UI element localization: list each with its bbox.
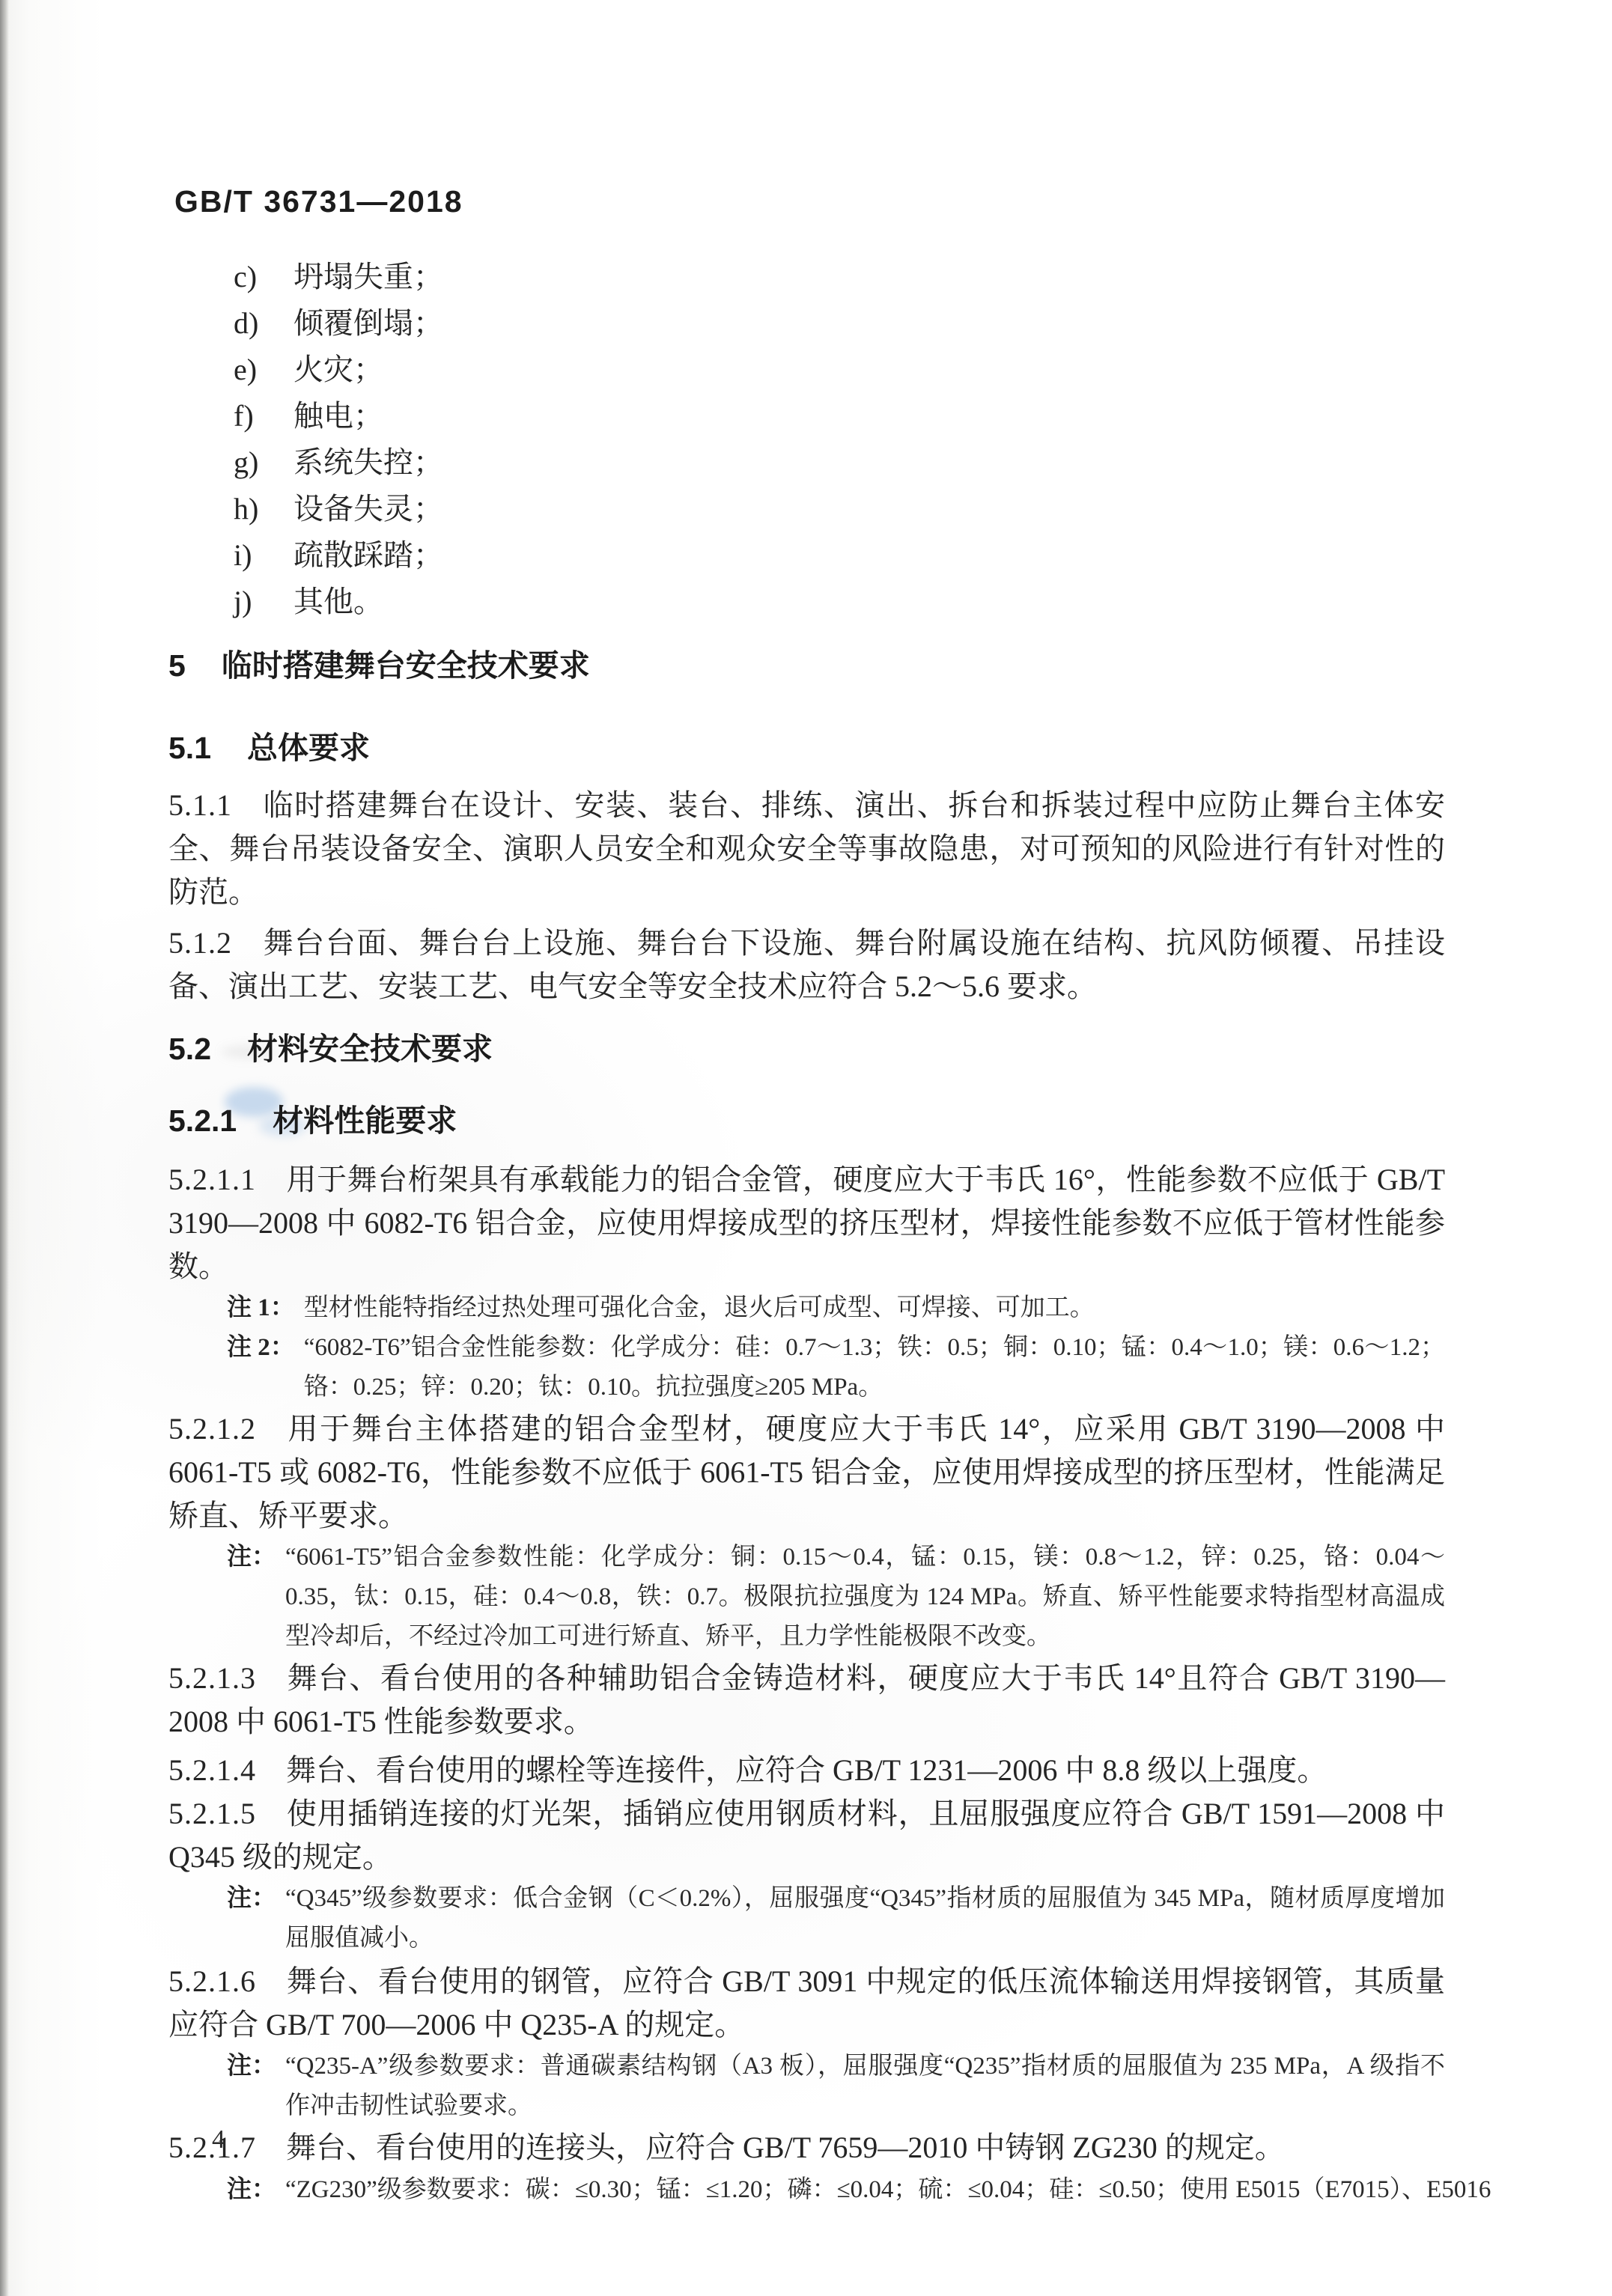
list-item-label: f) bbox=[234, 393, 293, 439]
note-text: “ZG230”级参数要求：碳：≤0.30；锰：≤1.20；磷：≤0.04；硫：≤… bbox=[285, 2170, 1491, 2210]
clause-text: 舞台、看台使用的各种辅助铝合金铸造材料，硬度应大于韦氏 14°且符合 GB/T … bbox=[168, 1661, 1445, 1738]
clause-number: 5.1.1 bbox=[168, 788, 232, 822]
paragraph-5-2-1-6: 5.2.1.6舞台、看台使用的钢管，应符合 GB/T 3091 中规定的低压流体… bbox=[168, 1960, 1445, 2047]
section-number: 5 bbox=[168, 648, 186, 683]
hazard-list: c)坍塌失重； d)倾覆倒塌； e)火灾； f)触电； g)系统失控； h)设备… bbox=[168, 254, 1445, 625]
list-item-label: e) bbox=[234, 347, 293, 393]
list-item-text: 系统失控； bbox=[293, 445, 443, 479]
clause-number: 5.2.1.1 bbox=[168, 1163, 256, 1196]
note-q345: 注：“Q345”级参数要求：低合金钢（C＜0.2%），屈服强度“Q345”指材质… bbox=[227, 1879, 1445, 1958]
note-1: 注 1：型材性能特指经过热处理可强化合金，退火后可成型、可焊接、可加工。 bbox=[227, 1288, 1445, 1328]
section-title: 材料性能要求 bbox=[273, 1103, 457, 1138]
list-item-label: h) bbox=[234, 486, 293, 532]
section-heading-5-1: 5.1总体要求 bbox=[168, 725, 1445, 770]
section-number: 5.2 bbox=[168, 1032, 211, 1066]
paragraph-5-2-1-4: 5.2.1.4舞台、看台使用的螺栓等连接件，应符合 GB/T 1231—2006… bbox=[168, 1749, 1445, 1792]
clause-text: 舞台、看台使用的钢管，应符合 GB/T 3091 中规定的低压流体输送用焊接钢管… bbox=[168, 1964, 1445, 2041]
list-item-label: c) bbox=[234, 254, 293, 300]
list-item-text: 疏散踩踏； bbox=[293, 538, 443, 572]
section-number: 5.1 bbox=[168, 731, 211, 765]
clause-text: 临时搭建舞台在设计、安装、装台、排练、演出、拆台和拆装过程中应防止舞台主体安全、… bbox=[168, 788, 1445, 909]
clause-number: 5.2.1.5 bbox=[168, 1797, 256, 1830]
section-title: 临时搭建舞台安全技术要求 bbox=[222, 648, 590, 683]
clause-text: 舞台、看台使用的螺栓等连接件，应符合 GB/T 1231—2006 中 8.8 … bbox=[286, 1753, 1327, 1787]
clause-text: 用于舞台桁架具有承载能力的铝合金管，硬度应大于韦氏 16°，性能参数不应低于 G… bbox=[168, 1163, 1445, 1283]
list-item: c)坍塌失重； bbox=[234, 254, 1445, 300]
section-title: 总体要求 bbox=[247, 731, 370, 765]
list-item: g)系统失控； bbox=[234, 439, 1445, 486]
note-label: 注： bbox=[227, 2047, 276, 2126]
note-label: 注： bbox=[227, 1879, 276, 1958]
note-2: 注 2：“6082-T6”铝合金性能参数：化学成分：硅：0.7～1.3；铁：0.… bbox=[227, 1328, 1445, 1407]
clause-text: 舞台、看台使用的连接头，应符合 GB/T 7659—2010 中铸钢 ZG230… bbox=[286, 2131, 1285, 2164]
note-text: “6061-T5”铝合金参数性能：化学成分：铜：0.15～0.4，锰：0.15，… bbox=[285, 1538, 1445, 1657]
paragraph-5-2-1-3: 5.2.1.3舞台、看台使用的各种辅助铝合金铸造材料，硬度应大于韦氏 14°且符… bbox=[168, 1657, 1445, 1744]
note-text: “Q235-A”级参数要求：普通碳素结构钢（A3 板），屈服强度“Q235”指材… bbox=[285, 2047, 1445, 2126]
list-item-text: 触电； bbox=[293, 399, 383, 433]
paragraph-5-2-1-5: 5.2.1.5使用插销连接的灯光架，插销应使用钢质材料，且屈服强度应符合 GB/… bbox=[168, 1792, 1445, 1879]
list-item-text: 倾覆倒塌； bbox=[293, 306, 443, 340]
list-item-label: g) bbox=[234, 439, 293, 486]
clause-text: 使用插销连接的灯光架，插销应使用钢质材料，且屈服强度应符合 GB/T 1591—… bbox=[168, 1797, 1445, 1874]
note-text: “Q345”级参数要求：低合金钢（C＜0.2%），屈服强度“Q345”指材质的屈… bbox=[285, 1879, 1445, 1958]
list-item: d)倾覆倒塌； bbox=[234, 300, 1445, 347]
clause-text: 舞台台面、舞台台上设施、舞台台下设施、舞台附属设施在结构、抗风防倾覆、吊挂设备、… bbox=[168, 926, 1445, 1003]
paragraph-5-2-1-1: 5.2.1.1用于舞台桁架具有承载能力的铝合金管，硬度应大于韦氏 16°，性能参… bbox=[168, 1158, 1445, 1288]
page-number: 4 bbox=[212, 2125, 225, 2155]
note-label: 注 1： bbox=[227, 1288, 295, 1328]
list-item: h)设备失灵； bbox=[234, 486, 1445, 532]
note-label: 注： bbox=[227, 2170, 276, 2210]
note-zg230: 注：“ZG230”级参数要求：碳：≤0.30；锰：≤1.20；磷：≤0.04；硫… bbox=[227, 2170, 1445, 2210]
paragraph-5-2-1-2: 5.2.1.2用于舞台主体搭建的铝合金型材，硬度应大于韦氏 14°，应采用 GB… bbox=[168, 1407, 1445, 1538]
document-page: GB/T 36731—2018 c)坍塌失重； d)倾覆倒塌； e)火灾； f)… bbox=[0, 0, 1612, 2296]
paragraph-5-1-2: 5.1.2舞台台面、舞台台上设施、舞台台下设施、舞台附属设施在结构、抗风防倾覆、… bbox=[168, 922, 1445, 1008]
list-item: i)疏散踩踏； bbox=[234, 532, 1445, 579]
section-heading-5: 5临时搭建舞台安全技术要求 bbox=[168, 643, 1445, 688]
list-item-label: j) bbox=[234, 579, 293, 625]
standard-number-header: GB/T 36731—2018 bbox=[174, 184, 1445, 219]
section-title: 材料安全技术要求 bbox=[247, 1032, 493, 1066]
list-item: f)触电； bbox=[234, 393, 1445, 439]
section-number: 5.2.1 bbox=[168, 1103, 237, 1138]
list-item-text: 火灾； bbox=[293, 353, 383, 386]
note-text: “6082-T6”铝合金性能参数：化学成分：硅：0.7～1.3；铁：0.5；铜：… bbox=[304, 1328, 1445, 1407]
list-item-label: d) bbox=[234, 300, 293, 347]
clause-text: 用于舞台主体搭建的铝合金型材，硬度应大于韦氏 14°，应采用 GB/T 3190… bbox=[168, 1412, 1445, 1532]
note-label: 注： bbox=[227, 1538, 276, 1657]
clause-number: 5.2.1.4 bbox=[168, 1753, 256, 1787]
note-label: 注 2： bbox=[227, 1328, 295, 1407]
clause-number: 5.2.1.6 bbox=[168, 1964, 256, 1998]
section-heading-5-2-1: 5.2.1材料性能要求 bbox=[168, 1098, 1445, 1143]
list-item-text: 设备失灵； bbox=[293, 492, 443, 526]
list-item-text: 坍塌失重； bbox=[293, 260, 443, 293]
section-heading-5-2: 5.2材料安全技术要求 bbox=[168, 1026, 1445, 1071]
clause-number: 5.1.2 bbox=[168, 926, 232, 960]
list-item-label: i) bbox=[234, 532, 293, 579]
clause-number: 5.2.1.3 bbox=[168, 1661, 256, 1695]
list-item: j)其他。 bbox=[234, 579, 1445, 625]
clause-number: 5.2.1.2 bbox=[168, 1412, 256, 1446]
page-content: GB/T 36731—2018 c)坍塌失重； d)倾覆倒塌； e)火灾； f)… bbox=[168, 0, 1445, 2210]
note-6061-t5: 注：“6061-T5”铝合金参数性能：化学成分：铜：0.15～0.4，锰：0.1… bbox=[227, 1538, 1445, 1657]
paragraph-5-2-1-7: 5.2.1.7舞台、看台使用的连接头，应符合 GB/T 7659—2010 中铸… bbox=[168, 2126, 1445, 2169]
list-item: e)火灾； bbox=[234, 347, 1445, 393]
list-item-text: 其他。 bbox=[293, 585, 383, 618]
paragraph-5-1-1: 5.1.1临时搭建舞台在设计、安装、装台、排练、演出、拆台和拆装过程中应防止舞台… bbox=[168, 784, 1445, 914]
scan-edge-shadow bbox=[0, 0, 9, 2296]
note-q235a: 注：“Q235-A”级参数要求：普通碳素结构钢（A3 板），屈服强度“Q235”… bbox=[227, 2047, 1445, 2126]
note-text: 型材性能特指经过热处理可强化合金，退火后可成型、可焊接、可加工。 bbox=[304, 1288, 1445, 1328]
